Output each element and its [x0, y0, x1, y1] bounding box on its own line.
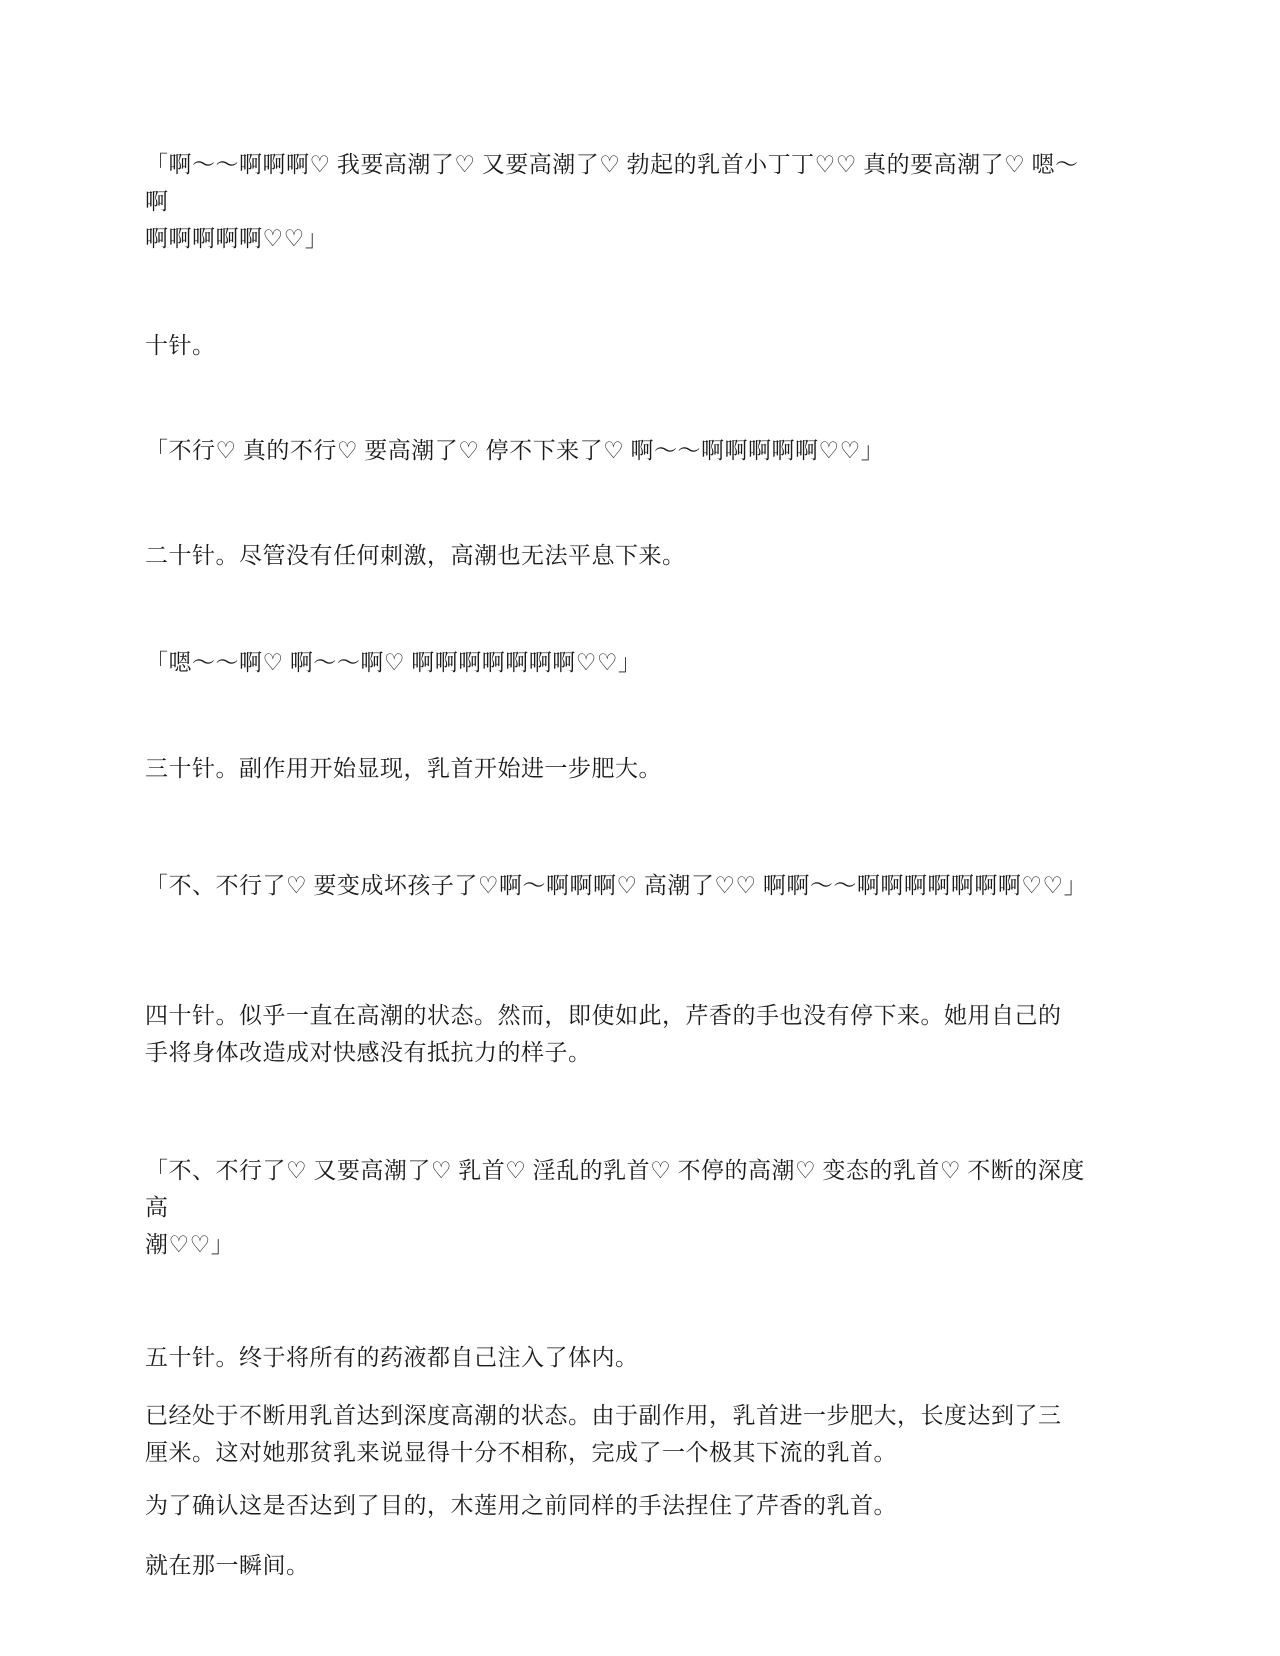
text-line: 潮♡♡」 [145, 1226, 1085, 1263]
text-line: 已经处于不断用乳首达到深度高潮的状态。由于副作用，乳首进一步肥大，长度达到了三 [145, 1397, 1085, 1434]
text-line: 四十针。似乎一直在高潮的状态。然而，即使如此，芹香的手也没有停下来。她用自己的 [145, 997, 1085, 1034]
paragraph-dialogue-4: 「不、不行了♡ 要变成坏孩子了♡啊～啊啊啊♡ 高潮了♡♡ 啊啊～～啊啊啊啊啊啊啊… [145, 867, 1085, 904]
text-line: 二十针。尽管没有任何刺激，高潮也无法平息下来。 [145, 537, 1085, 574]
text-line: 五十针。终于将所有的药液都自己注入了体内。 [145, 1339, 1085, 1376]
paragraph-narration-2: 二十针。尽管没有任何刺激，高潮也无法平息下来。 [145, 537, 1085, 574]
paragraph-narration-3: 三十针。副作用开始显现，乳首开始进一步肥大。 [145, 750, 1085, 787]
paragraph-narration-7: 为了确认这是否达到了目的，木莲用之前同样的手法捏住了芹香的乳首。 [145, 1487, 1085, 1524]
paragraph-narration-8: 就在那一瞬间。 [145, 1547, 1085, 1584]
text-line: 厘米。这对她那贫乳来说显得十分不相称，完成了一个极其下流的乳首。 [145, 1434, 1085, 1471]
text-line: 就在那一瞬间。 [145, 1547, 1085, 1584]
text-line: 三十针。副作用开始显现，乳首开始进一步肥大。 [145, 750, 1085, 787]
paragraph-dialogue-2: 「不行♡ 真的不行♡ 要高潮了♡ 停不下来了♡ 啊～～啊啊啊啊啊♡♡」 [145, 432, 1085, 469]
document-page: 「啊～～啊啊啊♡ 我要高潮了♡ 又要高潮了♡ 勃起的乳首小丁丁♡♡ 真的要高潮了… [0, 0, 1280, 1656]
text-line: 「啊～～啊啊啊♡ 我要高潮了♡ 又要高潮了♡ 勃起的乳首小丁丁♡♡ 真的要高潮了… [145, 146, 1085, 220]
text-line: 「嗯～～啊♡ 啊～～啊♡ 啊啊啊啊啊啊啊♡♡」 [145, 644, 1085, 681]
text-line: 啊啊啊啊啊♡♡」 [145, 220, 1085, 257]
text-line: 「不行♡ 真的不行♡ 要高潮了♡ 停不下来了♡ 啊～～啊啊啊啊啊♡♡」 [145, 432, 1085, 469]
paragraph-narration-1: 十针。 [145, 327, 1085, 364]
paragraph-dialogue-5: 「不、不行了♡ 又要高潮了♡ 乳首♡ 淫乱的乳首♡ 不停的高潮♡ 变态的乳首♡ … [145, 1152, 1085, 1263]
paragraph-narration-5: 五十针。终于将所有的药液都自己注入了体内。 [145, 1339, 1085, 1376]
text-line: 「不、不行了♡ 又要高潮了♡ 乳首♡ 淫乱的乳首♡ 不停的高潮♡ 变态的乳首♡ … [145, 1152, 1085, 1226]
paragraph-narration-6: 已经处于不断用乳首达到深度高潮的状态。由于副作用，乳首进一步肥大，长度达到了三 … [145, 1397, 1085, 1471]
text-line: 「不、不行了♡ 要变成坏孩子了♡啊～啊啊啊♡ 高潮了♡♡ 啊啊～～啊啊啊啊啊啊啊… [145, 867, 1085, 904]
paragraph-dialogue-3: 「嗯～～啊♡ 啊～～啊♡ 啊啊啊啊啊啊啊♡♡」 [145, 644, 1085, 681]
text-line: 十针。 [145, 327, 1085, 364]
paragraph-narration-4: 四十针。似乎一直在高潮的状态。然而，即使如此，芹香的手也没有停下来。她用自己的 … [145, 997, 1085, 1071]
text-line: 手将身体改造成对快感没有抵抗力的样子。 [145, 1034, 1085, 1071]
paragraph-dialogue-1: 「啊～～啊啊啊♡ 我要高潮了♡ 又要高潮了♡ 勃起的乳首小丁丁♡♡ 真的要高潮了… [145, 146, 1085, 257]
text-line: 为了确认这是否达到了目的，木莲用之前同样的手法捏住了芹香的乳首。 [145, 1487, 1085, 1524]
